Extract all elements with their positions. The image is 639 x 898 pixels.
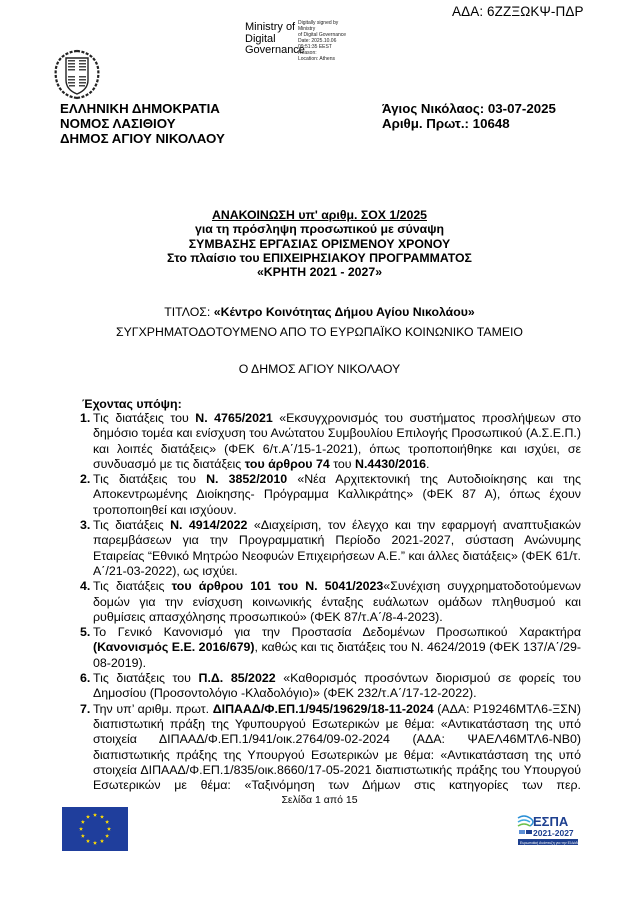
- consideration-item: 4.Τις διατάξεις του άρθρου 101 του Ν. 50…: [80, 579, 581, 625]
- item-number: 1.: [80, 411, 90, 426]
- item-number: 2.: [80, 472, 90, 487]
- item-text: Τις διατάξεις του: [93, 472, 206, 486]
- ada-code: ΑΔΑ: 6ΖΖΞΩΚΨ-ΠΔΡ: [452, 4, 584, 19]
- announcement-line: Στο πλαίσιο του ΕΠΙΧΕΙΡΗΣΙΑΚΟΥ ΠΡΟΓΡΑΜΜΑ…: [0, 251, 639, 265]
- announcement-line: για τη πρόσληψη προσωπικού με σύναψη: [0, 222, 639, 236]
- consideration-item: 6.Τις διατάξεις του Π.Δ. 85/2022 «Καθορι…: [80, 671, 581, 702]
- emphasized-reference: Π.Δ. 85/2022: [199, 671, 276, 685]
- espa-logo-icon: ΕΣΠΑ 2021-2027 Ευρωπαϊκή Ανάπτυξη για τη…: [516, 808, 584, 854]
- item-text: Τις διατάξεις του: [93, 671, 199, 685]
- emphasized-reference: Ν. 4765/2021: [195, 411, 272, 425]
- item-number: 3.: [80, 518, 90, 533]
- signature-details: Digitally signed by Ministry of Digital …: [298, 20, 354, 62]
- emphasized-reference: Ν. 4914/2022: [170, 518, 247, 532]
- issuer-prefecture: ΝΟΜΟΣ ΛΑΣΙΘΙΟΥ: [60, 116, 225, 131]
- emphasized-reference: Ν. 3852/2010: [206, 472, 287, 486]
- svg-text:Ευρωπαϊκή Ανάπτυξη για την Ελλ: Ευρωπαϊκή Ανάπτυξη για την Ελλάδα: [520, 841, 580, 845]
- page-number: Σελίδα 1 από 15: [0, 794, 639, 806]
- item-text: του: [330, 457, 355, 471]
- emphasized-reference: του άρθρου 74: [245, 457, 330, 471]
- protocol-number: Αριθμ. Πρωτ.: 10648: [382, 116, 556, 131]
- item-text: Το Γενικό Κανονισμό για την Προστασία Δε…: [93, 625, 581, 639]
- item-number: 7.: [80, 702, 90, 717]
- emphasized-reference: του άρθρου 101 του Ν. 5041/2023: [172, 579, 384, 593]
- greek-coat-of-arms-icon: [52, 48, 102, 102]
- item-text: Τις διατάξεις: [93, 518, 170, 532]
- item-number: 5.: [80, 625, 90, 640]
- municipality-heading: Ο ΔΗΜΟΣ ΑΓΙΟΥ ΝΙΚΟΛΑΟΥ: [0, 362, 639, 377]
- announcement-line: «ΚΡΗΤΗ 2021 - 2027»: [0, 265, 639, 279]
- emphasized-reference: Ν.4430/2016: [355, 457, 426, 471]
- signature-detail-line: Location: Athens: [298, 56, 354, 62]
- considerations-heading: Έχοντας υπόψη:: [82, 397, 182, 411]
- issuer-municipality: ΔΗΜΟΣ ΑΓΙΟΥ ΝΙΚΟΛΑΟΥ: [60, 131, 225, 146]
- issuer-block: ΕΛΛΗΝΙΚΗ ΔΗΜΟΚΡΑΤΙΑ ΝΟΜΟΣ ΛΑΣΙΘΙΟΥ ΔΗΜΟΣ…: [60, 101, 225, 146]
- signature-org-line: Governance: [245, 45, 305, 57]
- svg-text:2021-2027: 2021-2027: [533, 828, 574, 838]
- consideration-item: 7.Την υπ’ αριθμ. πρωτ. ΔΙΠΑΑΔ/Φ.ΕΠ.1/945…: [80, 702, 581, 794]
- consideration-item: 2.Τις διατάξεις του Ν. 3852/2010 «Νέα Αρ…: [80, 472, 581, 518]
- issuer-country: ΕΛΛΗΝΙΚΗ ΔΗΜΟΚΡΑΤΙΑ: [60, 101, 225, 116]
- considerations-list: 1.Τις διατάξεις του Ν. 4765/2021 «Εκσυγχ…: [80, 411, 581, 793]
- item-number: 6.: [80, 671, 90, 686]
- cofunding-statement: ΣΥΓΧΡΗΜΑΤΟΔΟΤΟΥΜΕΝΟ ΑΠΟ ΤΟ ΕΥΡΩΠΑΪΚΟ ΚΟΙ…: [0, 325, 639, 340]
- svg-text:ΕΣΠΑ: ΕΣΠΑ: [533, 814, 569, 829]
- date-protocol-block: Άγιος Νικόλαος: 03-07-2025 Αριθμ. Πρωτ.:…: [382, 101, 556, 131]
- eu-flag-icon: [62, 807, 128, 851]
- item-text: Τις διατάξεις: [93, 579, 172, 593]
- project-title-label: ΤΙΤΛΟΣ:: [164, 305, 213, 319]
- project-title: ΤΙΤΛΟΣ: «Κέντρο Κοινότητας Δήμου Αγίου Ν…: [0, 305, 639, 320]
- consideration-item: 5.Το Γενικό Κανονισμό για την Προστασία …: [80, 625, 581, 671]
- emphasized-reference: (Κανονισμός Ε.Ε. 2016/679): [93, 640, 255, 654]
- item-number: 4.: [80, 579, 90, 594]
- item-text: Τις διατάξεις του: [93, 411, 195, 425]
- signature-organization: Ministry of Digital Governance: [245, 22, 305, 57]
- consideration-item: 1.Τις διατάξεις του Ν. 4765/2021 «Εκσυγχ…: [80, 411, 581, 472]
- project-title-value: «Κέντρο Κοινότητας Δήμου Αγίου Νικολάου»: [214, 305, 475, 319]
- signature-detail-line: Digitally signed by Ministry: [298, 20, 354, 32]
- announcement-header: ΑΝΑΚΟΙΝΩΣΗ υπ' αριθμ. ΣΟΧ 1/2025 για τη …: [0, 208, 639, 279]
- item-text: Την υπ’ αριθμ. πρωτ.: [93, 702, 213, 716]
- consideration-item: 3.Τις διατάξεις Ν. 4914/2022 «Διαχείριση…: [80, 518, 581, 579]
- signature-org-line: Ministry of: [245, 22, 305, 34]
- announcement-line: ΣΥΜΒΑΣΗΣ ΕΡΓΑΣΙΑΣ ΟΡΙΣΜΕΝΟΥ ΧΡΟΝΟΥ: [0, 237, 639, 251]
- emphasized-reference: ΔΙΠΑΑΔ/Φ.ΕΠ.1/945/19629/18-11-2024: [213, 702, 434, 716]
- item-text: .: [426, 457, 429, 471]
- announcement-title: ΑΝΑΚΟΙΝΩΣΗ υπ' αριθμ. ΣΟΧ 1/2025: [0, 208, 639, 222]
- place-date: Άγιος Νικόλαος: 03-07-2025: [382, 101, 556, 116]
